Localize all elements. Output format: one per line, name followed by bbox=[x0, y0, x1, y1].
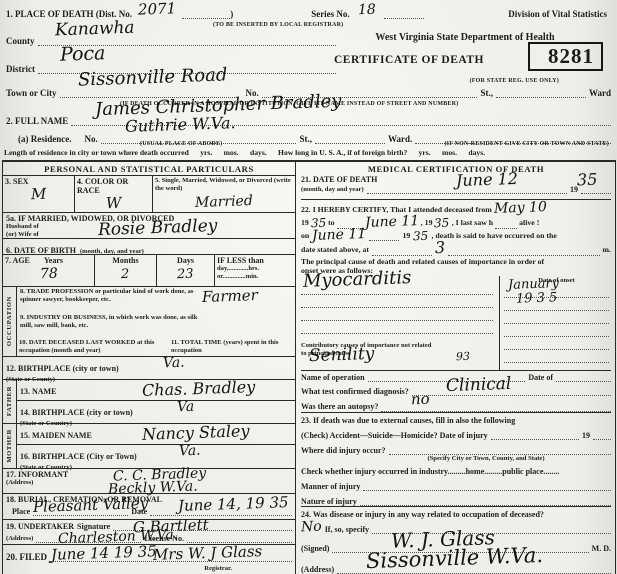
personal-particulars-column: PERSONAL AND STATISTICAL PARTICULARS 3. … bbox=[3, 162, 296, 574]
dotted-line bbox=[389, 445, 611, 455]
residence-label: (a) Residence. bbox=[18, 134, 72, 144]
state-reg-note: (FOR STATE REG. USE ONLY) bbox=[470, 78, 559, 84]
mother-birthplace-value: Va. bbox=[179, 444, 201, 457]
dotted-line bbox=[504, 324, 609, 337]
filed-label: 20. FILED bbox=[6, 552, 47, 562]
age-days-value: 23 bbox=[177, 269, 194, 281]
external-causes-label: 23. If death was due to external causes,… bbox=[301, 416, 611, 425]
dotted-line bbox=[369, 231, 399, 241]
cause-of-death-block: Myocarditis Contributory causes of impor… bbox=[301, 276, 611, 371]
town-value: Sissonville Road bbox=[78, 67, 228, 88]
mother-group: MOTHER 15. MAIDEN NAME Nancy Staley 16. … bbox=[3, 424, 295, 469]
dotted-line bbox=[301, 295, 493, 308]
district-number-value: 2071 bbox=[138, 2, 177, 17]
filed-row: 20. FILED Registrar. June 14 19 35 Mrs W… bbox=[3, 545, 295, 574]
age-days-label: Days bbox=[159, 256, 212, 265]
date-of-onset-box: Date of onset January 19 3 5 bbox=[499, 276, 611, 370]
registration-number-stamp: 8281 bbox=[528, 42, 603, 71]
nature-of-injury-label: Nature of injury bbox=[301, 497, 357, 506]
on-value: June 11 bbox=[312, 228, 367, 242]
dotted-line bbox=[556, 372, 611, 382]
dotted-line bbox=[363, 481, 611, 491]
date-of-death-sub: (month, day and year) bbox=[301, 186, 364, 194]
total-time-label: 11. TOTAL TIME (years) spent in this occ… bbox=[171, 339, 293, 355]
m-label: m. bbox=[603, 244, 611, 256]
registrar-note: (TO BE INSERTED BY LOCAL REGISTRAR) bbox=[213, 22, 343, 28]
mother-side-label: MOTHER bbox=[6, 429, 13, 463]
form-body: PERSONAL AND STATISTICAL PARTICULARS 3. … bbox=[2, 160, 616, 574]
burial-place-value: Pleasant Valley bbox=[33, 497, 149, 515]
occupation-side-label: OCCUPATION bbox=[6, 296, 13, 346]
ifless-min-label: or..............min. bbox=[217, 273, 293, 281]
attended-from-value: May 10 bbox=[494, 202, 547, 216]
residence-no-label: No. bbox=[85, 134, 98, 144]
father-name-value: Chas. Bradley bbox=[142, 380, 256, 398]
certify-block: 22. I HEREBY CERTIFY, That I attended de… bbox=[301, 200, 611, 276]
date-of-birth-row: 6. DATE OF BIRTH (month, day, and year) bbox=[3, 239, 295, 255]
birthplace-value: Va. bbox=[163, 356, 185, 369]
comma-19-label: , 19 bbox=[421, 217, 433, 229]
manner-of-injury-label: Manner of injury bbox=[301, 482, 360, 491]
county-label: County bbox=[6, 36, 35, 46]
form-header: 1. PLACE OF DEATH (Dist. No. 2071 ) Seri… bbox=[0, 0, 617, 160]
ward-label: Ward bbox=[589, 88, 611, 98]
mother-maiden-label: 15. MAIDEN NAME bbox=[20, 431, 92, 440]
occurred-label: , death is said to have occurred on the bbox=[432, 230, 557, 242]
dotted-line bbox=[491, 430, 579, 440]
race-label: 4. COLOR OR RACE bbox=[77, 177, 150, 195]
dotted-line bbox=[372, 246, 432, 256]
time-of-death-value: 3 bbox=[435, 241, 446, 256]
md-label: M. D. bbox=[592, 544, 611, 553]
race-value: W bbox=[106, 197, 122, 211]
ifless-hrs-label: day,............hrs. bbox=[217, 265, 293, 273]
dotted-line bbox=[360, 496, 611, 506]
specify-label: If, so, specify bbox=[325, 525, 369, 534]
alive-label: alive ! bbox=[519, 217, 539, 229]
dotted-line bbox=[496, 88, 586, 98]
certificate-title: CERTIFICATE OF DEATH bbox=[334, 54, 484, 66]
last-worked-label: 10. DATE DECEASED LAST WORKED at this oc… bbox=[19, 339, 167, 355]
death-certificate-document: 1. PLACE OF DEATH (Dist. No. 2071 ) Seri… bbox=[0, 0, 617, 574]
contributory-code: 93 bbox=[456, 352, 470, 362]
medical-certification-column: MEDICAL CERTIFICATION OF DEATH 21. DATE … bbox=[296, 162, 615, 574]
where-injury-label: Where did injury occur? bbox=[301, 446, 386, 455]
operation-date-label: Date of bbox=[528, 373, 553, 382]
age-years-label: Years bbox=[44, 256, 63, 265]
district-value: Poca bbox=[60, 45, 106, 64]
contributory-value: Senility bbox=[309, 347, 375, 365]
undertaker-address-label: (Address) bbox=[6, 535, 33, 543]
test-value: Clinical bbox=[446, 377, 512, 395]
town-label: Town or City bbox=[6, 88, 57, 98]
date-stated-label: date stated above, at bbox=[301, 244, 369, 256]
dotted-line bbox=[301, 308, 493, 321]
residence-value: Guthrie W.Va. bbox=[125, 116, 236, 134]
ifless-label: IF LESS than bbox=[217, 256, 293, 265]
dob-label: 6. DATE OF BIRTH bbox=[6, 246, 76, 255]
county-value: Kanawha bbox=[55, 21, 135, 39]
series-label: Series No. bbox=[311, 9, 350, 19]
mother-birthplace-label: 16. BIRTHPLACE (City or Town) bbox=[20, 452, 137, 461]
to-value: June 11 bbox=[364, 215, 419, 229]
father-birthplace-value: Va bbox=[177, 401, 195, 414]
father-name-label: 13. NAME bbox=[20, 387, 56, 396]
trade-label: 8. TRADE PROFESSION or particular kind o… bbox=[20, 288, 195, 304]
residence-ward-label: Ward. bbox=[388, 134, 412, 144]
dotted-line bbox=[448, 246, 599, 256]
to-year-value: 35 bbox=[434, 218, 450, 229]
trade-value: Farmer bbox=[202, 289, 258, 304]
father-birthplace-label: 14. BIRTHPLACE (city or town) bbox=[20, 408, 133, 417]
check-accident-label: (Check) Accident—Suicide—Homicide? Date … bbox=[301, 431, 488, 440]
dotted-line bbox=[504, 337, 609, 350]
industry-home-public-label: Check whether injury occurred in industr… bbox=[301, 467, 611, 476]
burial-date-value: June 14, 19 35 bbox=[178, 496, 289, 513]
left-column-title: PERSONAL AND STATISTICAL PARTICULARS bbox=[3, 162, 295, 176]
registrar-label: Registrar. bbox=[6, 565, 232, 573]
dob-sub-label: (month, day, and year) bbox=[80, 248, 144, 255]
age-label: 7. AGE bbox=[5, 256, 30, 265]
burial-row: 18. BURIAL, CREMATION, OR REMOVAL Place … bbox=[3, 494, 295, 519]
year-prefix-2: 19 bbox=[301, 217, 309, 229]
test-label: What test confirmed diagnosis? bbox=[301, 387, 409, 396]
age-months-label: Months bbox=[97, 256, 154, 265]
married-widowed-row: 5a. IF MARRIED, WIDOWED, OR DIVORCED Hus… bbox=[3, 213, 295, 239]
marital-label: 5. Single, Married, Widowed, or Divorced… bbox=[155, 177, 293, 193]
division-label: Division of Vital Statistics bbox=[508, 9, 607, 19]
dotted-line bbox=[187, 533, 292, 543]
age-row: 7. AGE Years 78 Months 2 Days 23 IF LESS… bbox=[3, 255, 295, 287]
place-of-death-label: 1. PLACE OF DEATH (Dist. No. bbox=[6, 9, 132, 19]
sex-race-marital-row: 3. SEX M 4. COLOR OR RACE W 5. Single, M… bbox=[3, 176, 295, 213]
date-of-death-year: 35 bbox=[576, 173, 597, 188]
sex-value: M bbox=[31, 188, 47, 202]
dotted-line bbox=[182, 9, 230, 19]
dotted-line bbox=[301, 321, 493, 334]
year-prefix-3: 19 bbox=[402, 230, 410, 242]
dotted-line bbox=[504, 350, 609, 363]
undertaker-row: 19. UNDERTAKER Signature (Address) Licen… bbox=[3, 520, 295, 545]
father-side-label: FATHER bbox=[6, 386, 13, 416]
address-label: (Address) bbox=[301, 565, 334, 574]
address-value: Sissonville W.Va. bbox=[366, 546, 544, 571]
undertaker-label: 19. UNDERTAKER bbox=[6, 522, 74, 531]
filed-registrar-value: Mrs W. J Glass bbox=[153, 545, 263, 562]
date-of-death-value: June 12 bbox=[456, 172, 518, 189]
burial-place-label: Place bbox=[12, 507, 30, 516]
marital-value: Married bbox=[195, 195, 253, 210]
residence-st-label: St., bbox=[299, 134, 312, 144]
signed-label: (Signed) bbox=[301, 544, 329, 553]
st-label: St., bbox=[480, 88, 493, 98]
lastsaw-label: , I last saw h bbox=[452, 217, 493, 229]
birthplace-label: 12. BIRTHPLACE (city or town) bbox=[6, 364, 119, 373]
abode-note: (USUAL PLACE OF ABODE) bbox=[140, 141, 222, 147]
district-label: District bbox=[6, 64, 35, 74]
father-group: FATHER 13. NAME Chas. Bradley 14. BIRTHP… bbox=[3, 380, 295, 424]
mother-maiden-value: Nancy Staley bbox=[142, 424, 250, 442]
on-label: on bbox=[301, 230, 309, 242]
related-occupation-label: 24. Was disease or injury in any way rel… bbox=[301, 510, 611, 519]
autopsy-label: Was there an autopsy? bbox=[301, 402, 378, 411]
principal-cause-line1: The principal cause of death and related… bbox=[301, 257, 544, 266]
dotted-line bbox=[315, 134, 385, 144]
paren: ) bbox=[230, 9, 233, 19]
spouse-value: Rosie Bradley bbox=[98, 219, 218, 238]
dotted-line bbox=[495, 219, 517, 229]
related-value: No bbox=[301, 521, 322, 534]
dotted-line bbox=[593, 430, 611, 440]
onset-year-value: 19 3 5 bbox=[516, 292, 558, 305]
dotted-line bbox=[504, 311, 609, 324]
check-year-label: 19 bbox=[582, 431, 590, 440]
on-year-value: 35 bbox=[413, 230, 429, 241]
autopsy-value: no bbox=[411, 393, 430, 407]
length-of-residence-line: Length of residence in city or town wher… bbox=[4, 149, 614, 158]
dotted-line bbox=[384, 9, 424, 19]
full-name-label: 2. FULL NAME bbox=[6, 116, 68, 126]
filed-date-value: June 14 19 35 bbox=[51, 545, 157, 562]
series-value: 18 bbox=[357, 4, 375, 17]
principal-cause-value: Myocarditis bbox=[303, 270, 412, 290]
occupation-group: OCCUPATION 8. TRADE PROFESSION or partic… bbox=[3, 287, 295, 357]
age-months-value: 2 bbox=[121, 269, 130, 281]
age-years-value: 78 bbox=[39, 268, 57, 281]
industry-label: 9. INDUSTRY OR BUSINESS, in which work w… bbox=[20, 314, 205, 330]
operation-label: Name of operation bbox=[301, 373, 365, 382]
where-injury-sub: (Specify City or Town, County, and State… bbox=[361, 455, 611, 463]
nonresident-note: (IF NON-RESIDENT GIVE CITY OR TOWN AND S… bbox=[444, 141, 609, 147]
informant-row: 17. INFORMANT (Address) C. C. Bradley Be… bbox=[3, 469, 295, 494]
